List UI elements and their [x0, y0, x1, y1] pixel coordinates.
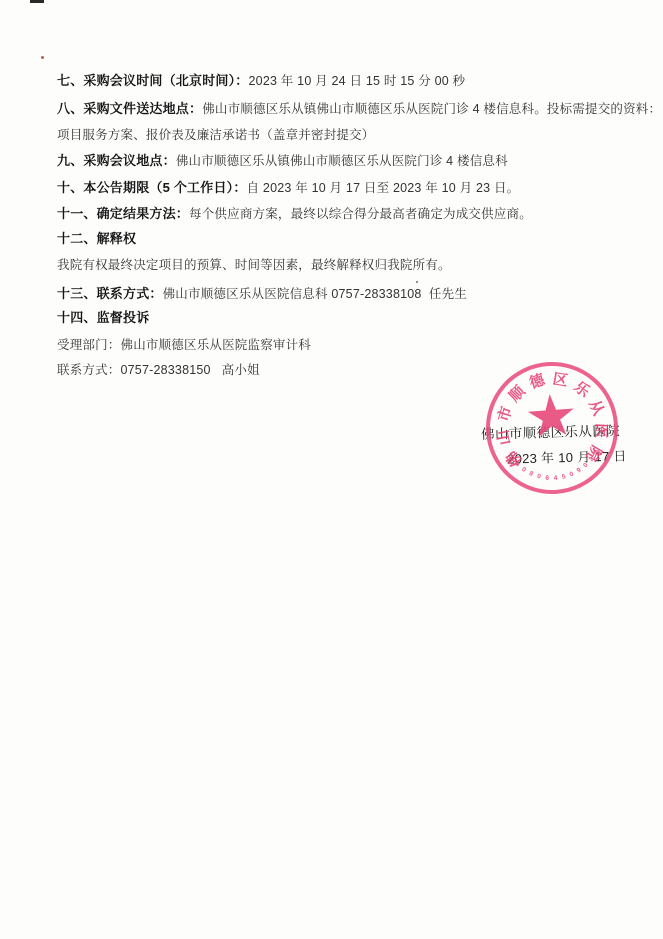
document-line: 十、本公告期限（5 个工作日）：自 2023 年 10 月 17 日至 2023…	[57, 180, 519, 196]
document-line: 九、采购会议地点：佛山市顺德区乐从镇佛山市顺德区乐从医院门诊 4 楼信息科	[57, 153, 508, 169]
stamp-arc-char: 区	[551, 371, 570, 390]
stamp-serial-char: 6	[543, 474, 552, 483]
document-line: 十一、确定结果方法：每个供应商方案，最终以综合得分最高者确定为成交供应商。	[57, 206, 532, 222]
document-line: 项目服务方案、报价表及廉洁承诺书（盖章并密封提交）	[57, 128, 375, 143]
document-line: 我院有权最终决定项目的预算、时间等因素，最终解释权归我院所有。	[57, 258, 451, 273]
scan-edge-artifact	[30, 0, 44, 3]
line-body-text: 佛山市顺德区乐从镇佛山市顺德区乐从医院门诊 4 楼信息科	[176, 154, 508, 168]
scan-speck	[41, 56, 44, 59]
stamp-arc-char: 山	[496, 428, 515, 447]
line-heading-text: 九、采购会议地点：	[57, 153, 176, 168]
document-line: 受理部门：佛山市顺德区乐从医院监察审计科	[57, 338, 311, 353]
official-stamp: 佛山市顺德区乐从医院 4408064509031	[482, 358, 623, 499]
line-body-text: 佛山市顺德区乐从医院信息科 0757-28338108 任先生	[163, 287, 467, 301]
stamp-arc-char: 医	[591, 422, 608, 439]
document-line: 十三、联系方式：佛山市顺德区乐从医院信息科 0757-28338108 任先生	[57, 286, 467, 302]
line-heading-text: 十二、解释权	[57, 231, 136, 246]
line-heading-text: 十、本公告期限（5 个工作日）：	[57, 180, 247, 195]
line-heading-text: 十一、确定结果方法：	[57, 206, 189, 221]
line-body-text: 佛山市顺德区乐从镇佛山市顺德区乐从医院门诊 4 楼信息科。投标需提交的资料：	[202, 102, 661, 116]
document-line: 十四、监督投诉	[57, 310, 149, 326]
line-heading-text: 十三、联系方式：	[57, 286, 163, 301]
document-line: 八、采购文件送达地点：佛山市顺德区乐从镇佛山市顺德区乐从医院门诊 4 楼信息科。…	[57, 101, 661, 117]
line-body-text: 每个供应商方案，最终以综合得分最高者确定为成交供应商。	[189, 207, 532, 221]
line-body-text: 联系方式：0757-28338150 高小姐	[57, 363, 260, 377]
line-body-text: 受理部门：佛山市顺德区乐从医院监察审计科	[57, 338, 311, 352]
document-line: 七、采购会议时间（北京时间）：2023 年 10 月 24 日 15 时 15 …	[57, 73, 465, 89]
scan-speck	[416, 281, 418, 283]
scanned-document-page: 七、采购会议时间（北京时间）：2023 年 10 月 24 日 15 时 15 …	[0, 0, 663, 939]
line-body-text: 2023 年 10 月 24 日 15 时 15 分 00 秒	[249, 74, 466, 88]
line-heading-text: 十四、监督投诉	[57, 310, 149, 325]
line-heading-text: 八、采购文件送达地点：	[57, 101, 202, 116]
document-line: 十二、解释权	[57, 231, 136, 247]
line-body-text: 自 2023 年 10 月 17 日至 2023 年 10 月 23 日。	[247, 181, 520, 195]
line-heading-text: 七、采购会议时间（北京时间）：	[57, 73, 249, 88]
line-body-text: 我院有权最终决定项目的预算、时间等因素，最终解释权归我院所有。	[57, 258, 451, 272]
line-body-text: 项目服务方案、报价表及廉洁承诺书（盖章并密封提交）	[57, 128, 375, 142]
document-line: 联系方式：0757-28338150 高小姐	[57, 363, 260, 378]
